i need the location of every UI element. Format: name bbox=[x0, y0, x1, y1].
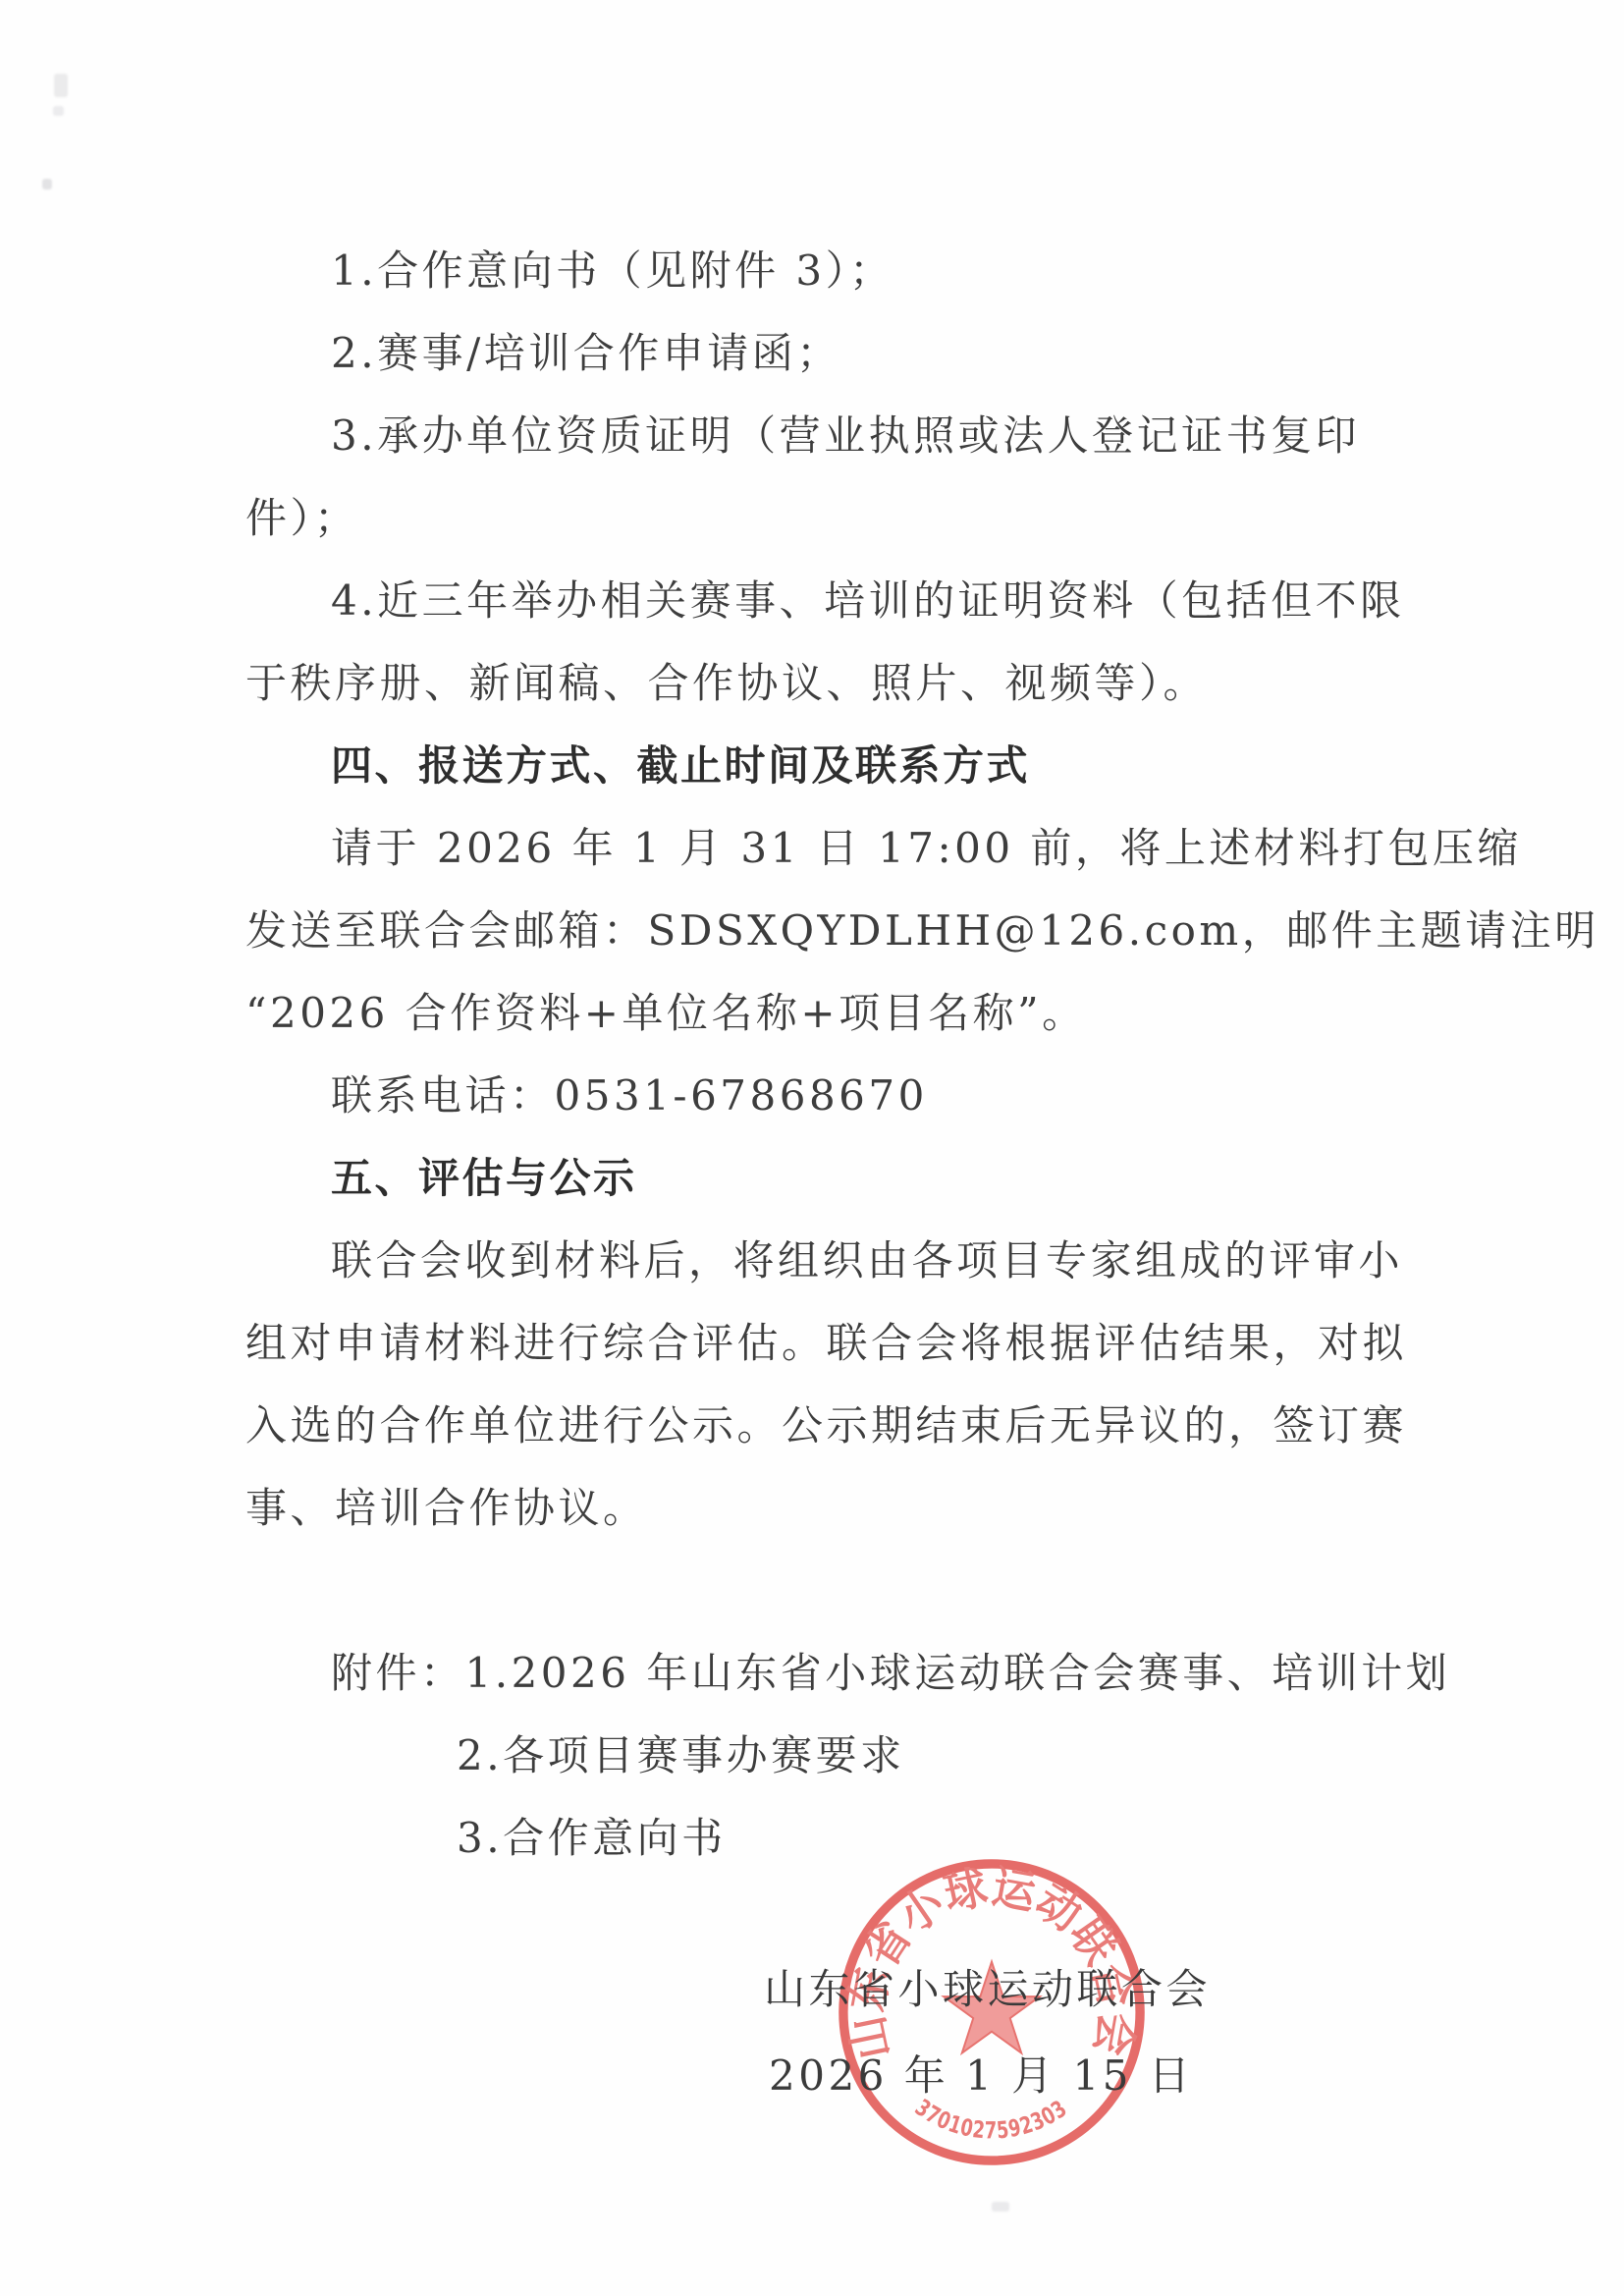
attachment-item-1: 附件：1.2026 年山东省小球运动联合会赛事、培训计划 bbox=[245, 1651, 1480, 1696]
list-item-4: 4.近三年举办相关赛事、培训的证明资料（包括但不限 bbox=[245, 578, 1480, 624]
paragraph-eval-line2: 组对申请材料进行综合评估。联合会将根据评估结果，对拟 bbox=[245, 1321, 1394, 1366]
list-item-3: 3.承办单位资质证明（营业执照或法人登记证书复印 bbox=[245, 413, 1480, 459]
paragraph-eval-line3: 入选的合作单位进行公示。公示期结束后无异议的，签订赛 bbox=[245, 1403, 1394, 1449]
list-item-4-cont: 于秩序册、新闻稿、合作协议、照片、视频等）。 bbox=[245, 661, 1394, 706]
list-item-1: 1.合作意向书（见附件 3）； bbox=[245, 248, 1480, 294]
list-item-2: 2.赛事/培训合作申请函； bbox=[245, 331, 1480, 376]
scan-artifact bbox=[992, 2202, 1009, 2212]
signature-org-name: 山东省小球运动联合会 bbox=[764, 1967, 1211, 2012]
section-heading-4: 四、报送方式、截止时间及联系方式 bbox=[245, 743, 1480, 789]
scan-artifact bbox=[42, 179, 52, 190]
paragraph-submit-line3: “2026 合作资料+单位名称+项目名称”。 bbox=[245, 991, 1394, 1036]
contact-phone-line: 联系电话：0531-67868670 bbox=[245, 1073, 1480, 1119]
scan-artifact bbox=[53, 106, 64, 116]
scan-artifact bbox=[54, 74, 68, 97]
attachment-item-2: 2.各项目赛事办赛要求 bbox=[245, 1733, 1605, 1778]
seal-code: 3701027592303 bbox=[910, 2094, 1072, 2144]
signature-date: 2026 年 1 月 15 日 bbox=[769, 2053, 1193, 2099]
paragraph-submit-line1: 请于 2026 年 1 月 31 日 17:00 前，将上述材料打包压缩 bbox=[245, 826, 1480, 871]
document-page: 1.合作意向书（见附件 3）； 2.赛事/培训合作申请函； 3.承办单位资质证明… bbox=[0, 0, 1624, 2296]
section-heading-5: 五、评估与公示 bbox=[245, 1156, 1480, 1201]
paragraph-eval-line4: 事、培训合作协议。 bbox=[245, 1486, 1394, 1531]
paragraph-eval-line1: 联合会收到材料后，将组织由各项目专家组成的评审小 bbox=[245, 1238, 1480, 1284]
paragraph-submit-line2: 发送至联合会邮箱：SDSXQYDLHH@126.com，邮件主题请注明 bbox=[245, 908, 1394, 954]
list-item-3-cont: 件）； bbox=[245, 496, 1394, 541]
attachment-item-3: 3.合作意向书 bbox=[245, 1816, 1605, 1861]
